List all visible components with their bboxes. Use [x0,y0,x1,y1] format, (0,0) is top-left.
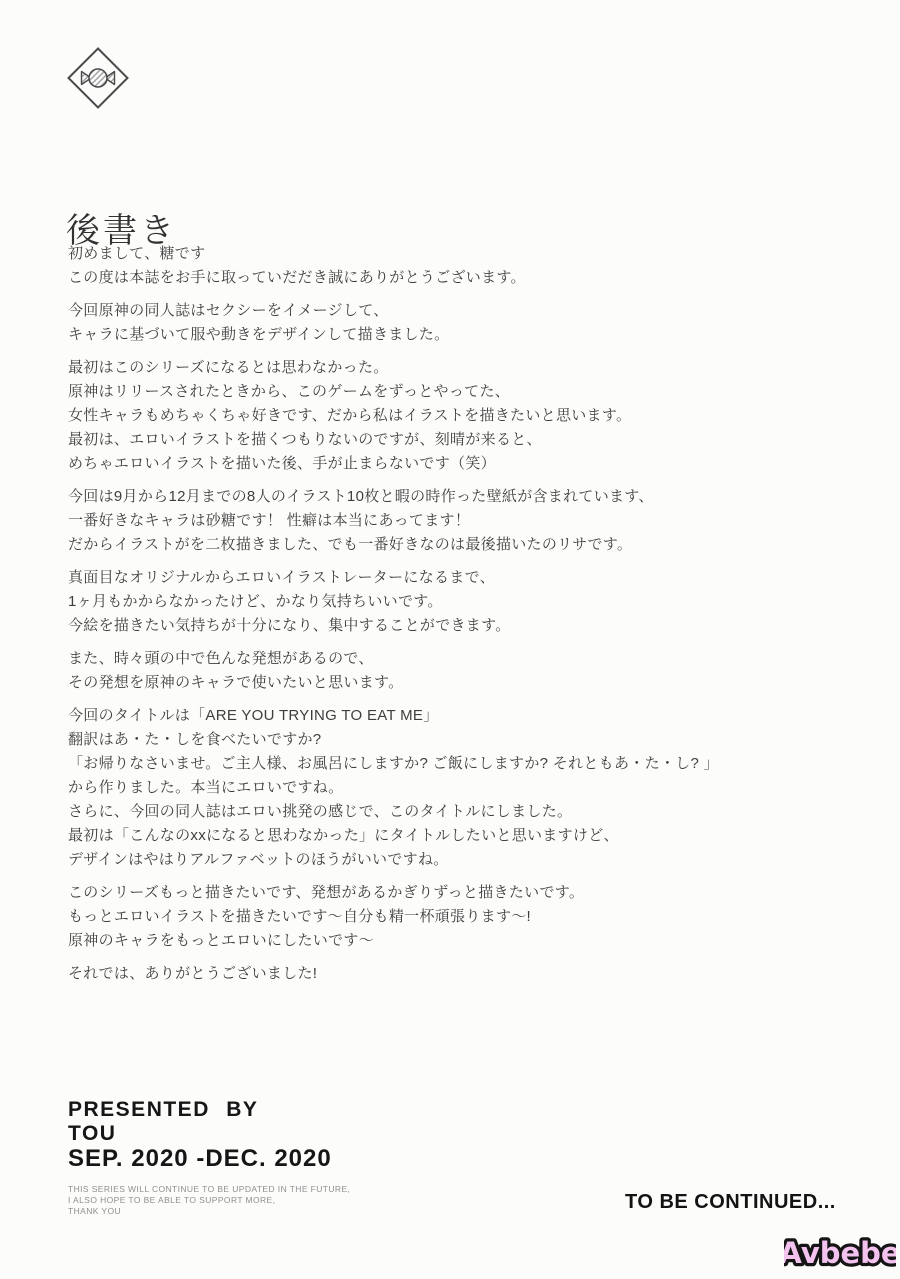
credits-block: PRESENTED BY TOU SEP. 2020 -DEC. 2020 [68,1098,332,1172]
watermark: Avbebe [784,1230,896,1276]
fine-print-line: THANK YOU [68,1206,350,1217]
afterword-paragraph: また、時々頭の中で色んな発想があるので、その発想を原神のキャラで使いたいと思いま… [68,647,850,695]
afterword-paragraph: このシリーズもっと描きたいです、発想があるかぎりずっと描きたいです。もっとエロい… [68,881,850,953]
candy-in-diamond-icon [66,46,130,110]
circle-name: TOU [68,1122,332,1145]
to-be-continued-label: TO BE CONTINUED... [625,1191,836,1214]
watermark-text: Avbebe [784,1236,896,1270]
fine-print-line: I ALSO HOPE TO BE ABLE TO SUPPORT MORE, [68,1195,350,1206]
afterword-page: 後書き 初めまして、糖ですこの度は本誌をお手に取っていだだき誠にありがとうござい… [0,0,900,1279]
afterword-paragraph: 最初はこのシリーズになるとは思わなかった。原神はリリースされたときから、このゲー… [68,356,850,476]
afterword-paragraph: 初めまして、糖ですこの度は本誌をお手に取っていだだき誠にありがとうございます。 [68,242,850,290]
afterword-body: 初めまして、糖ですこの度は本誌をお手に取っていだだき誠にありがとうございます。今… [68,242,850,995]
fine-print: THIS SERIES WILL CONTINUE TO BE UPDATED … [68,1184,350,1217]
presented-by-label: PRESENTED BY [68,1098,332,1122]
fine-print-line: THIS SERIES WILL CONTINUE TO BE UPDATED … [68,1184,350,1195]
afterword-paragraph: 今回のタイトルは「ARE YOU TRYING TO EAT ME」翻訳はあ・た… [68,704,850,872]
afterword-paragraph: 今回は9月から12月までの8人のイラスト10枚と暇の時作った壁紙が含まれています… [68,485,850,557]
afterword-paragraph: 今回原神の同人誌はセクシーをイメージして、キャラに基づいて服や動きをデザインして… [68,299,850,347]
afterword-paragraph: 真面目なオリジナルからエロいイラストレーターになるまで、1ヶ月もかからなかったけ… [68,566,850,638]
date-range: SEP. 2020 -DEC. 2020 [68,1145,332,1172]
afterword-paragraph: それでは、ありがとうございました! [68,962,850,986]
